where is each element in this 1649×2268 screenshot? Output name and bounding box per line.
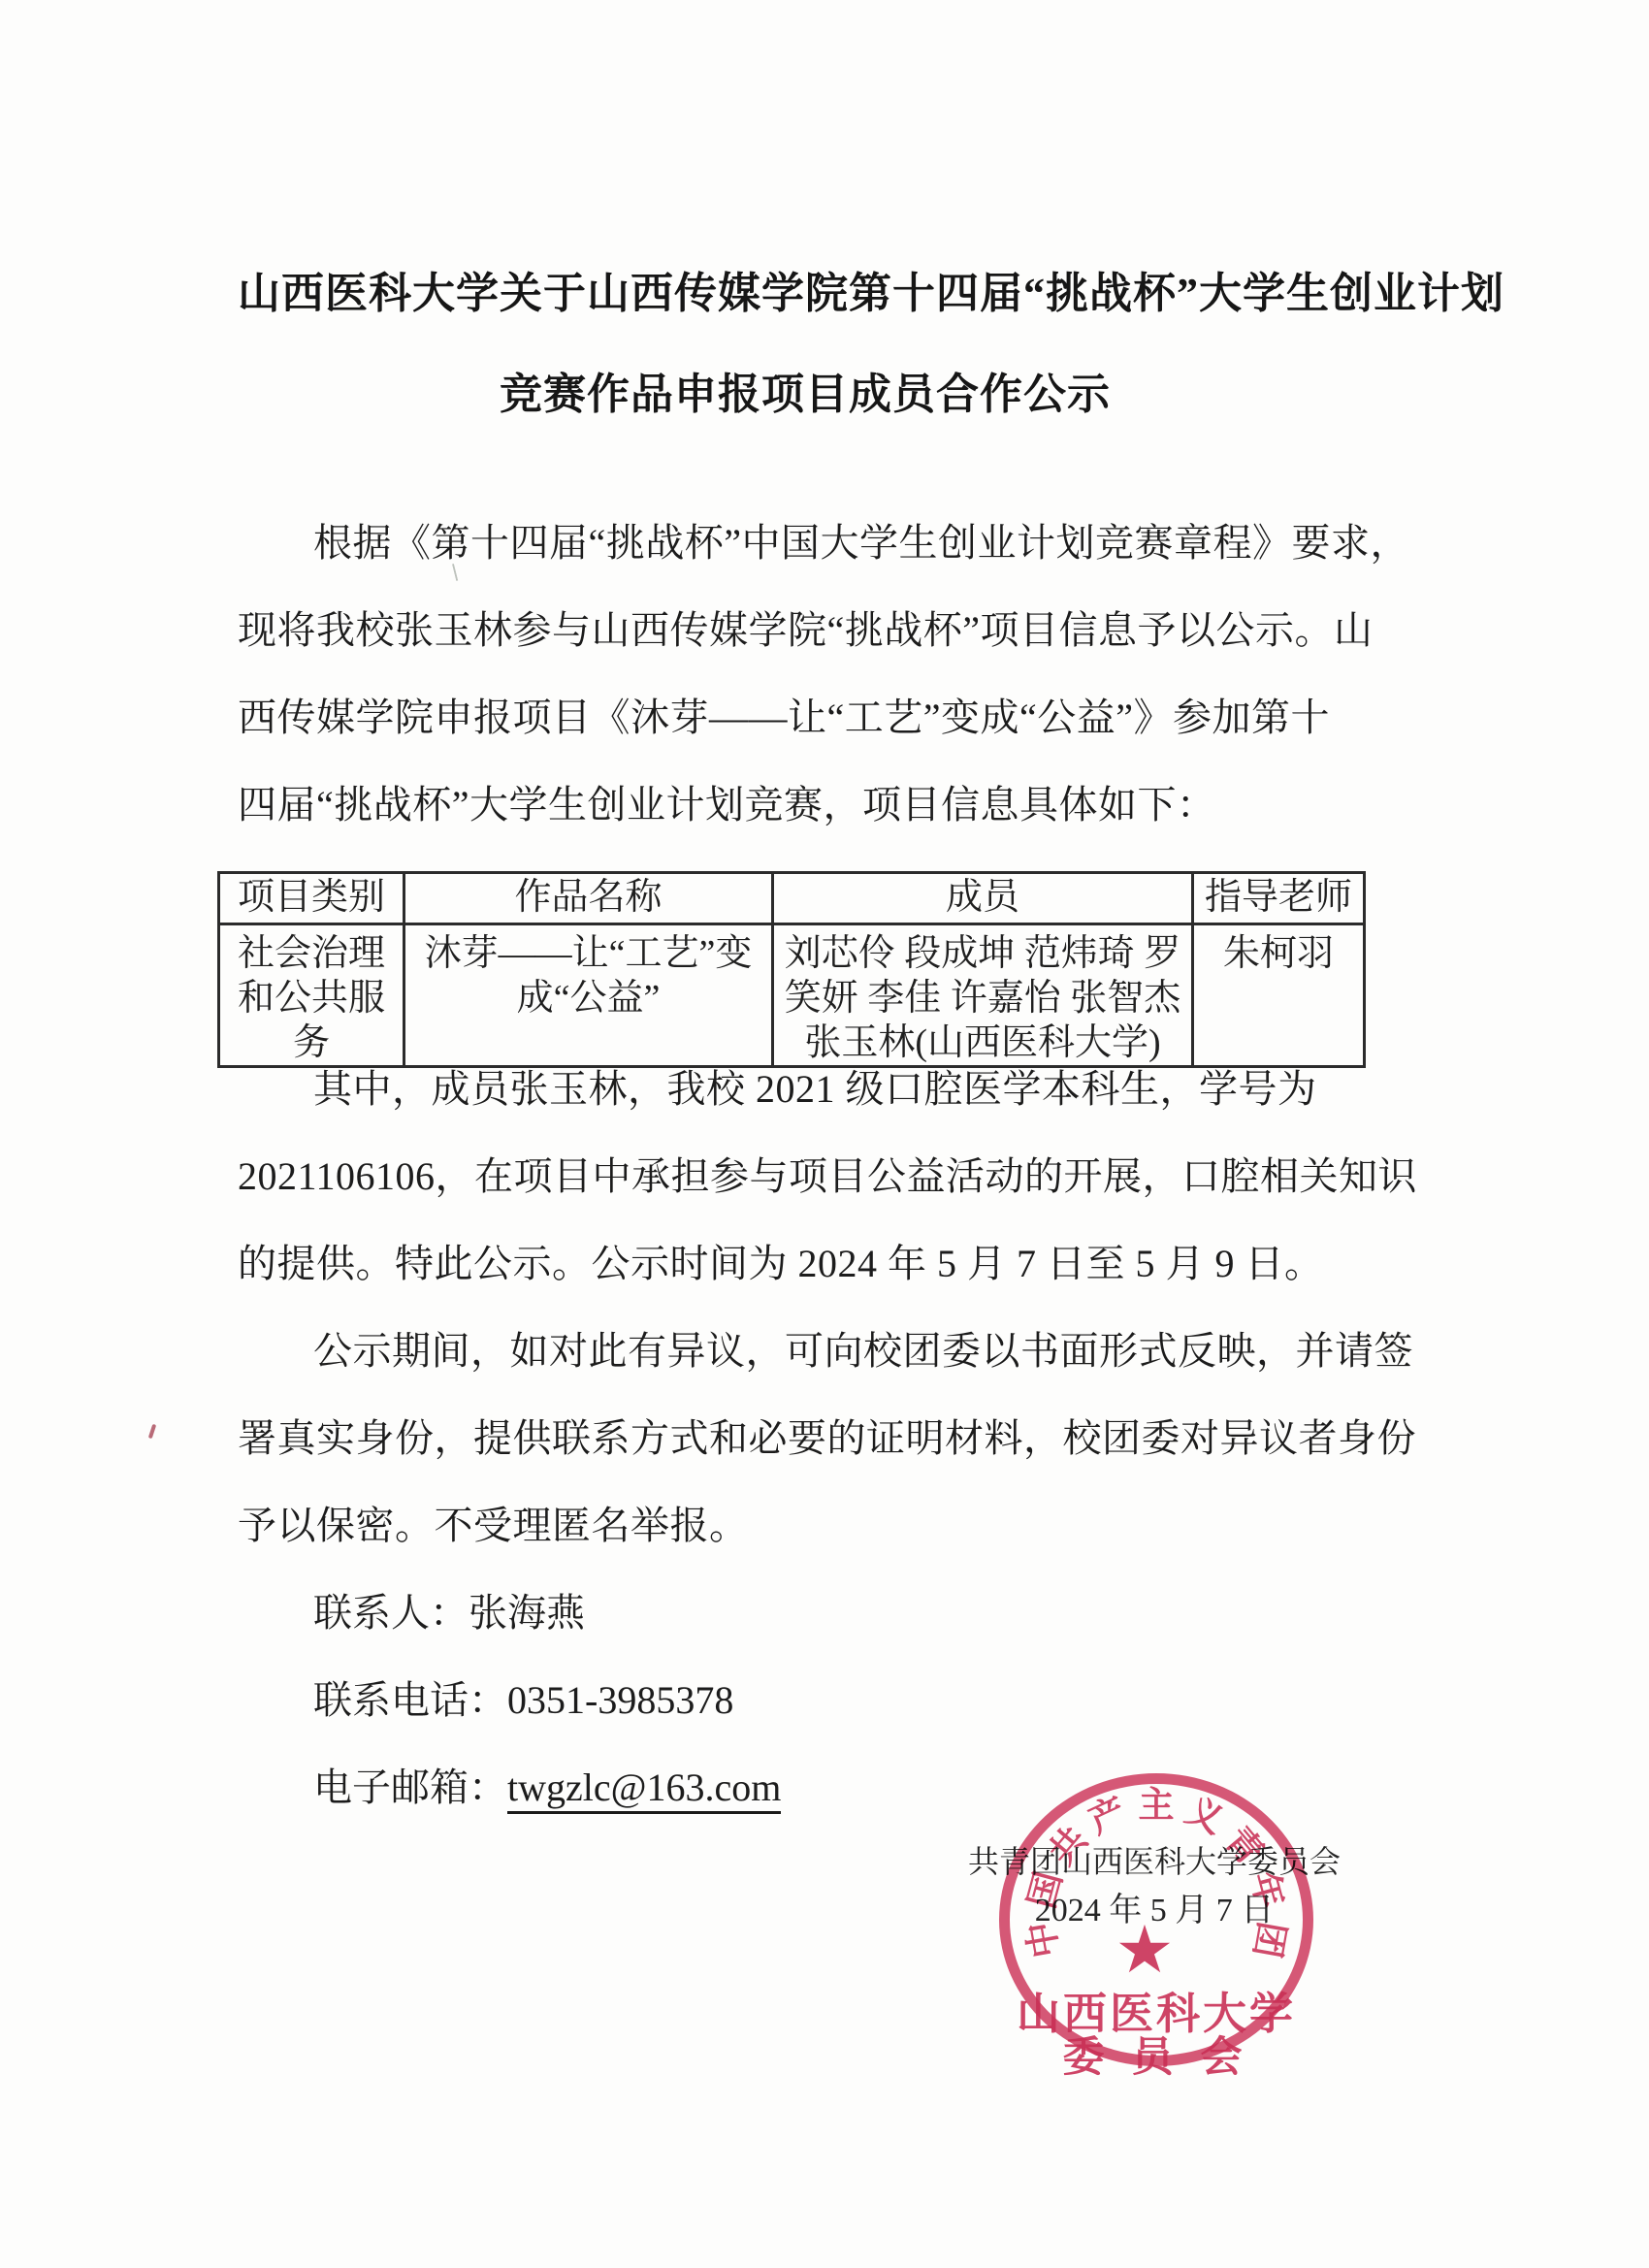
- document-title-line-2: 竞赛作品申报项目成员合作公示: [238, 359, 1373, 421]
- table-header-row: 项目类别 作品名称 成员 指导老师: [219, 873, 1365, 924]
- contact-email-value: twgzlc@163.com: [507, 1766, 781, 1814]
- paragraph-line: 现将我校张玉林参与山西传媒学院“挑战杯”项目信息予以公示。山: [238, 587, 1411, 674]
- paragraph-line: 的提供。特此公示。公示时间为 2024 年 5 月 7 日至 5 月 9 日。: [238, 1220, 1411, 1308]
- project-info-table: 项目类别 作品名称 成员 指导老师 社会治理和公共服务 沐芽——让“工艺”变成“…: [217, 871, 1366, 1068]
- contact-phone-label: 联系电话：: [313, 1678, 507, 1722]
- paragraph-line: 2021106106，在项目中承担参与项目公益活动的开展，口腔相关知识: [238, 1133, 1411, 1220]
- star-icon: ★: [1115, 1917, 1175, 1983]
- contact-person-value: 张海燕: [469, 1591, 585, 1635]
- column-header-work-name: 作品名称: [404, 873, 773, 924]
- paragraph-line: 其中，成员张玉林，我校 2021 级口腔医学本科生，学号为: [238, 1046, 1411, 1133]
- contact-email-label: 电子邮箱：: [313, 1766, 507, 1809]
- paragraph-line: 公示期间，如对此有异议，可向校团委以书面形式反映，并请签: [238, 1308, 1411, 1395]
- document-page: 山西医科大学关于山西传媒学院第十四届“挑战杯”大学生创业计划 竞赛作品申报项目成…: [0, 0, 1649, 2268]
- column-header-advisor: 指导老师: [1193, 873, 1365, 924]
- official-seal: 中国共产主义青年团 ★ 山西医科大学 委 员 会: [999, 1773, 1313, 2066]
- paragraph-line: 四届“挑战杯”大学生创业计划竞赛，项目信息具体如下：: [238, 761, 1411, 849]
- seal-committee-label: 委 员 会: [999, 2025, 1313, 2084]
- paragraph-objection: 公示期间，如对此有异议，可向校团委以书面形式反映，并请签 署真实身份，提供联系方…: [238, 1308, 1411, 1570]
- paragraph-line: 予以保密。不受理匿名举报。: [238, 1482, 1411, 1570]
- scan-artifact: [148, 1424, 156, 1440]
- paragraph-line: 根据《第十四届“挑战杯”中国大学生创业计划竞赛章程》要求，: [238, 500, 1411, 587]
- contact-person-label: 联系人：: [313, 1591, 469, 1635]
- paragraph-line: 署真实身份，提供联系方式和必要的证明材料，校团委对异议者身份: [238, 1395, 1411, 1482]
- contact-phone-line: 联系电话：0351-3985378: [313, 1657, 1380, 1744]
- contact-person-line: 联系人：张海燕: [313, 1570, 1380, 1657]
- paragraph-line: 西传媒学院申报项目《沐芽——让“工艺”变成“公益”》参加第十: [238, 674, 1411, 761]
- contact-phone-value: 0351-3985378: [507, 1678, 733, 1722]
- paragraph-intro: 根据《第十四届“挑战杯”中国大学生创业计划竞赛章程》要求， 现将我校张玉林参与山…: [238, 500, 1411, 849]
- paragraph-member-detail: 其中，成员张玉林，我校 2021 级口腔医学本科生，学号为 2021106106…: [238, 1046, 1411, 1308]
- column-header-category: 项目类别: [219, 873, 404, 924]
- document-title-line-1: 山西医科大学关于山西传媒学院第十四届“挑战杯”大学生创业计划: [238, 258, 1373, 320]
- column-header-members: 成员: [773, 873, 1193, 924]
